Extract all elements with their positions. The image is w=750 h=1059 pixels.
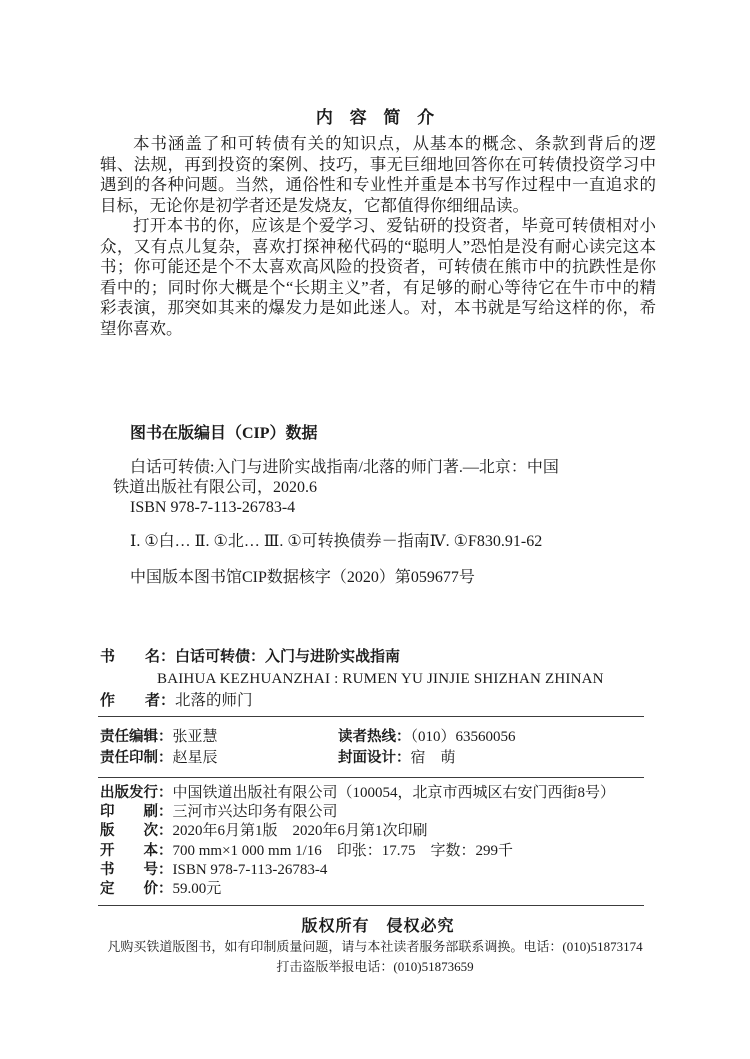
format-label: 开 本：: [100, 843, 173, 859]
cip-section: 图书在版编目（CIP）数据 白话可转债:入门与进阶实战指南/北落的师门著.—北京…: [113, 424, 656, 588]
print-supervisor-value: 赵星辰: [173, 750, 218, 766]
hotline-label: 读者热线：: [338, 729, 411, 745]
book-copyright-page: 内 容 简 介 本书涵盖了和可转债有关的知识点，从基本的概念、条款到背后的逻辑、…: [0, 0, 750, 1059]
price-row: 定 价：59.00元: [100, 880, 656, 899]
publisher-value: 中国铁道出版社有限公司（100054，北京市西城区右安门西街8号）: [173, 785, 616, 801]
divider-rule-1: [98, 716, 644, 717]
intro-paragraphs: 本书涵盖了和可转债有关的知识点，从基本的概念、条款到背后的逻辑、法规，再到投资的…: [100, 134, 656, 339]
book-author-label: 作 者：: [100, 692, 175, 709]
isbn-value: ISBN 978-7-113-26783-4: [173, 862, 328, 878]
book-info-section: 书 名：白话可转债：入门与进阶实战指南 BAIHUA KEZHUANZHAI :…: [100, 646, 656, 712]
book-author-row: 作 者：北落的师门: [100, 690, 656, 712]
book-title-value: 白话可转债：入门与进阶实战指南: [175, 648, 400, 665]
book-title-pinyin: BAIHUA KEZHUANZHAI : RUMEN YU JINJIE SHI…: [100, 668, 656, 690]
format-value: 700 mm×1 000 mm 1/16 印张：17.75 字数：299千: [173, 843, 514, 859]
printing-house-row: 印 刷：三河市兴达印务有限公司: [100, 803, 656, 822]
edition-row: 版 次：2020年6月第1版 2020年6月第1次印刷: [100, 822, 656, 841]
edition-label: 版 次：: [100, 823, 173, 839]
editor-value: 张亚慧: [173, 729, 218, 745]
format-row: 开 本：700 mm×1 000 mm 1/16 印张：17.75 字数：299…: [100, 842, 656, 861]
isbn-label: 书 号：: [100, 862, 173, 878]
book-author-value: 北落的师门: [175, 692, 253, 709]
editor-label: 责任编辑：: [100, 729, 173, 745]
cip-heading: 图书在版编目（CIP）数据: [113, 424, 656, 444]
edition-value: 2020年6月第1版 2020年6月第1次印刷: [173, 823, 428, 839]
staff-section: 责任编辑：张亚慧 读者热线：（010）63560056 责任印制：赵星辰 封面设…: [100, 727, 656, 769]
price-label: 定 价：: [100, 881, 173, 897]
divider-rule-3: [98, 905, 644, 906]
staff-row-editor: 责任编辑：张亚慧 读者热线：（010）63560056: [100, 727, 656, 748]
staff-row-printer: 责任印制：赵星辰 封面设计：宿 萌: [100, 748, 656, 769]
cip-record-number: 中国版本图书馆CIP数据核字（2020）第059677号: [113, 568, 656, 588]
intro-title: 内 容 简 介: [100, 103, 656, 128]
isbn-row: 书 号：ISBN 978-7-113-26783-4: [100, 861, 656, 880]
publisher-row: 出版发行：中国铁道出版社有限公司（100054，北京市西城区右安门西街8号）: [100, 784, 656, 803]
intro-paragraph-2: 打开本书的你，应该是个爱学习、爱钻研的投资者，毕竟可转债相对小众，又有点儿复杂，…: [100, 216, 656, 339]
publishing-section: 出版发行：中国铁道出版社有限公司（100054，北京市西城区右安门西街8号） 印…: [100, 784, 656, 899]
quality-exchange-note: 凡购买铁道版图书，如有印制质量问题，请与本社读者服务部联系调换。电话：(010)…: [0, 936, 750, 955]
cip-record-line-1: 白话可转债:入门与进阶实战指南/北落的师门著.—北京：中国: [113, 458, 656, 478]
cover-design-label: 封面设计：: [338, 750, 411, 766]
copyright-notice: 版权所有 侵权必究: [100, 913, 656, 936]
anti-piracy-hotline: 打击盗版举报电话：(010)51873659: [0, 956, 750, 975]
price-value: 59.00元: [173, 881, 222, 897]
book-title-row: 书 名：白话可转债：入门与进阶实战指南: [100, 646, 656, 668]
cover-design-value: 宿 萌: [411, 750, 456, 766]
printing-house-label: 印 刷：: [100, 804, 173, 820]
book-title-label: 书 名：: [100, 648, 175, 665]
publisher-label: 出版发行：: [100, 785, 173, 801]
cip-record-line-2: 铁道出版社有限公司，2020.6: [113, 478, 656, 498]
divider-rule-2: [98, 777, 644, 778]
print-supervisor-label: 责任印制：: [100, 750, 173, 766]
cip-classification-line: Ⅰ. ①白… Ⅱ. ①北… Ⅲ. ①可转换债券－指南Ⅳ. ①F830.91-62: [113, 532, 656, 552]
hotline-pair: 读者热线：（010）63560056: [338, 727, 516, 748]
printing-house-value: 三河市兴达印务有限公司: [173, 804, 338, 820]
cip-isbn-line: ISBN 978-7-113-26783-4: [113, 498, 656, 518]
intro-paragraph-1: 本书涵盖了和可转债有关的知识点，从基本的概念、条款到背后的逻辑、法规，再到投资的…: [100, 134, 656, 216]
hotline-value: （010）63560056: [411, 729, 516, 745]
cover-design-pair: 封面设计：宿 萌: [338, 748, 456, 769]
